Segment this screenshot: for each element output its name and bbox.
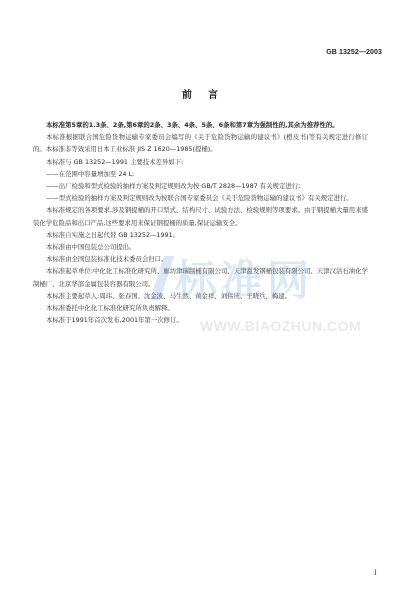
paragraph-replaces: 本标准自实施之日起代替 GB 13252—1991。 bbox=[33, 229, 368, 241]
paragraph-history: 本标准于1991年首次发布,2001年第一次修订。 bbox=[33, 314, 368, 326]
paragraph-proposed-by: 本标准由中国包装总公司提出。 bbox=[33, 241, 368, 253]
page-number: I bbox=[374, 568, 377, 577]
paragraph-requirements: 本标准规定的各项要求,涉及钢提桶的开口型式、结构尺寸、试验方法、检验规则等项要求… bbox=[33, 204, 368, 228]
paragraph-revision-basis: 本标准根据联合国危险货物运输专家委员会编写的《关于危险货物运输的建议书》(橙皮书… bbox=[33, 131, 368, 155]
paragraph-drafters: 本标准主要起草人:周玮、张春国、沈金波、马生然、黄金祥、刘伟庆、王晓兵、梅建。 bbox=[33, 290, 368, 302]
paragraph-managed-by: 本标准由全国包装标准化技术委员会归口。 bbox=[33, 253, 368, 265]
difference-item: ——型式检验的抽样方案及判定规则改为按联合国专家委员会《关于危险货物运输的建议书… bbox=[33, 192, 368, 204]
difference-item: ——在范围中容量增加至 24 L; bbox=[33, 168, 368, 180]
foreword-body: 本标准第5章的1.3条、2条,第6章的2条、3条、4条、5条、6条和第7章为强制… bbox=[33, 119, 368, 326]
paragraph-interpretation: 本标准委托中化化工标准化研究所负责解释。 bbox=[33, 302, 368, 314]
paragraph-drafting-units: 本标准起草单位:中化化工标准化研究所、廊坊津瑞制桶有限公司、天津邕发钢桶包装有限… bbox=[33, 265, 368, 289]
difference-item: ——出厂检验和型式检验的抽样方案及判定规则改为按 GB/T 2828—1987 … bbox=[33, 180, 368, 192]
paragraph-mandatory-clauses: 本标准第5章的1.3条、2条,第6章的2条、3条、4条、5条、6条和第7章为强制… bbox=[33, 119, 368, 131]
paragraph-differences-intro: 本标准与 GB 13252—1991 主要技术差异如下: bbox=[33, 156, 368, 168]
standard-code: GB 13252—2003 bbox=[326, 49, 382, 56]
page-title: 前言 bbox=[0, 86, 400, 101]
